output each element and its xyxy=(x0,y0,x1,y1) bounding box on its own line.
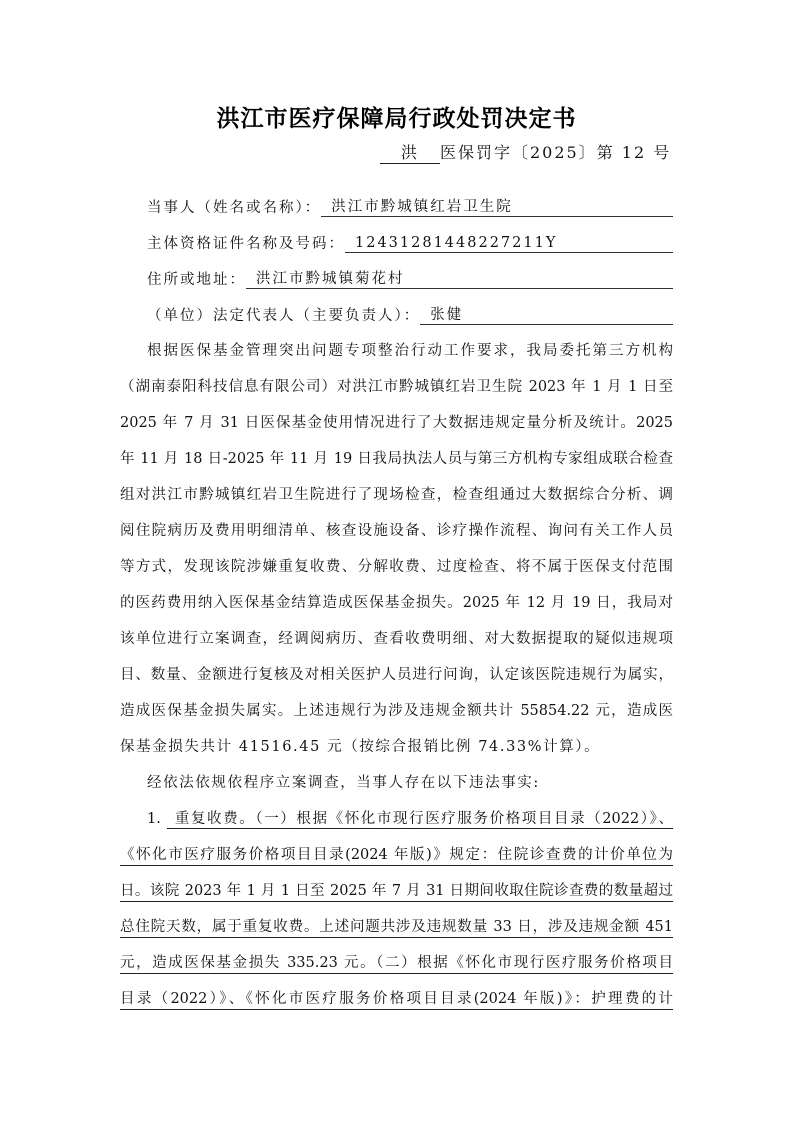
text-line: 组对洪江市黔城镇红岩卫生院进行了现场检查，检查组通过大数据综合分析、调 xyxy=(120,485,673,505)
field-label: （单位）法定代表人（主要负责人）： xyxy=(147,304,420,325)
field-address: 住所或地址： 洪江市黔城镇菊花村 xyxy=(147,268,673,289)
text-line: 年 11 月 18 日-2025 年 11 月 19 日我局执法人员与第三方机构… xyxy=(120,449,673,469)
text-line: 该单位进行立案调查，经调阅病历、查看收费明细、对大数据提取的疑似违规项 xyxy=(120,629,673,649)
text-line: 日。该院 2023 年 1 月 1 日至 2025 年 7 月 31 日期间收取… xyxy=(120,881,673,902)
text-line: （湖南泰阳科技信息有限公司）对洪江市黔城镇红岩卫生院 2023 年 1 月 1 … xyxy=(120,377,673,397)
document-title: 洪江市医疗保障局行政处罚决定书 xyxy=(0,100,793,133)
text-line: 总住院天数，属于重复收费。上述问题共涉及违规数量 33 日，涉及违规金额 451 xyxy=(120,917,673,938)
text-line: 造成医保基金损失属实。上述违规行为涉及违规金额共计 55854.22 元，造成医 xyxy=(120,701,673,721)
violation-item-first-line: 1. 重复收费。（一）根据《怀化市现行医疗服务价格项目目录（2022）》、 xyxy=(147,809,673,829)
item-text: 重复收费。（一）根据《怀化市现行医疗服务价格项目目录（2022）》、 xyxy=(167,809,673,829)
text-line: 保基金损失共计 41516.45 元（按综合报销比例 74.33%计算）。 xyxy=(120,737,673,757)
paragraph-violations-intro: 经依法依规依程序立案调查，当事人存在以下违法事实: xyxy=(147,773,673,793)
text-line: 目录（2022）》、《怀化市医疗服务价格项目目录(2024 年版)》：护理费的计 xyxy=(120,989,673,1010)
field-value: 张健 xyxy=(420,306,673,325)
field-credential-number: 主体资格证件名称及号码： 12431281448227211Y xyxy=(147,232,673,253)
field-value: 12431281448227211Y xyxy=(345,234,673,253)
field-label: 主体资格证件名称及号码： xyxy=(147,232,345,253)
document-number-prefix: 洪 xyxy=(380,140,440,164)
text-line: 等方式，发现该院涉嫌重复收费、分解收费、过度检查、将不属于医保支付范围 xyxy=(120,557,673,577)
field-value: 洪江市黔城镇菊花村 xyxy=(246,270,673,289)
text-line: 《怀化市医疗服务价格项目目录(2024 年版)》规定：住院诊查费的计价单位为 xyxy=(120,845,673,866)
field-label: 住所或地址： xyxy=(147,268,246,289)
text-line: 目、数量、金额进行复核及对相关医护人员进行问询，认定该医院违规行为属实， xyxy=(120,665,673,685)
document-number-suffix: 医保罚字〔2025〕第 12 号 xyxy=(440,143,671,162)
field-value: 洪江市黔城镇红岩卫生院 xyxy=(321,198,673,217)
document-number: 洪医保罚字〔2025〕第 12 号 xyxy=(380,140,671,164)
field-label: 当事人（姓名或名称）： xyxy=(147,196,321,217)
text-line: 的医药费用纳入医保基金结算造成医保基金损失。2025 年 12 月 19 日，我… xyxy=(120,593,673,613)
text-line: 阅住院病历及费用明细清单、核查设施设备、诊疗操作流程、询问有关工作人员 xyxy=(120,521,673,541)
text-line: 根据医保基金管理突出问题专项整治行动工作要求，我局委托第三方机构 xyxy=(147,341,673,361)
item-number: 1. xyxy=(147,809,167,829)
field-legal-representative: （单位）法定代表人（主要负责人）： 张健 xyxy=(147,304,673,325)
text-line: 2025 年 7 月 31 日医保基金使用情况进行了大数据违规定量分析及统计。2… xyxy=(120,413,673,433)
text-line: 元，造成医保基金损失 335.23 元。（二）根据《怀化市现行医疗服务价格项目 xyxy=(120,953,673,974)
field-party-name: 当事人（姓名或名称）： 洪江市黔城镇红岩卫生院 xyxy=(147,196,673,217)
